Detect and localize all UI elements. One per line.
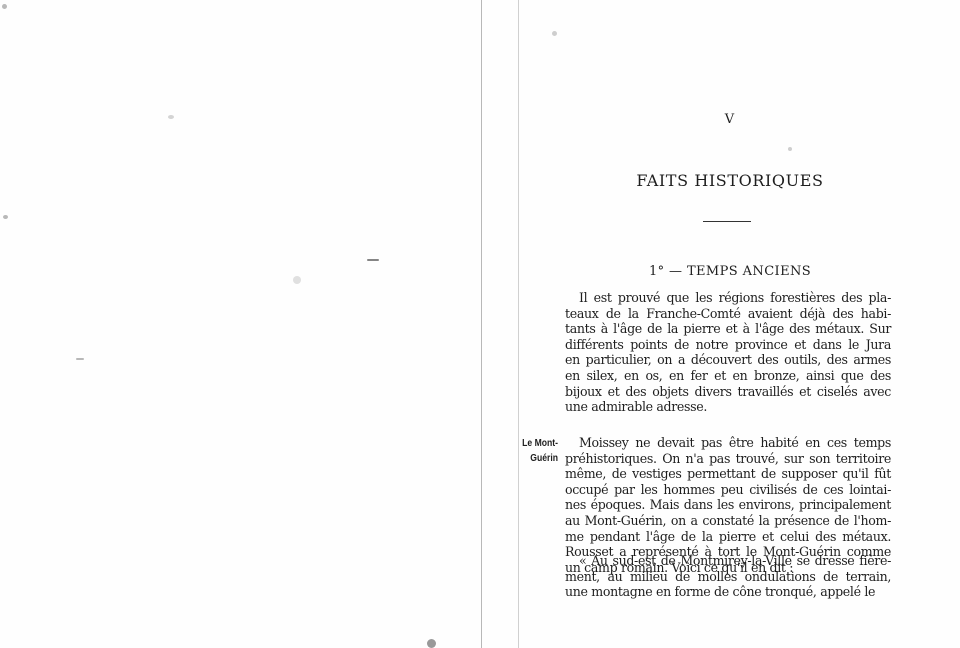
text-line: Moissey ne devait pas être habité en ces… xyxy=(565,435,891,451)
chapter-number: V xyxy=(560,112,900,127)
text-line: en particulier, on a découvert des outil… xyxy=(565,352,891,368)
text-line: différents points de notre province et d… xyxy=(565,337,891,353)
text-line: bijoux et des objets divers travaillés e… xyxy=(565,384,891,400)
paper-speck xyxy=(2,4,7,9)
paragraph: « Au sud-est de Montmirey-la-Ville se dr… xyxy=(565,553,891,600)
title-rule-divider xyxy=(703,221,751,222)
text-line: ment, au milieu de molles ondulations de… xyxy=(565,569,891,585)
margin-note-line: Guérin xyxy=(517,451,558,466)
text-line: occupé par les hommes peu civilisés de c… xyxy=(565,482,891,498)
margin-note-line: Le Mont- xyxy=(517,436,558,451)
left-page-blank xyxy=(0,0,481,648)
text-line: me pendant l'âge de la pierre et celui d… xyxy=(565,529,891,545)
text-line: Il est prouvé que les régions forestière… xyxy=(565,290,891,306)
paper-speck xyxy=(76,358,84,360)
text-line: « Au sud-est de Montmirey-la-Ville se dr… xyxy=(565,553,891,569)
text-line: une montagne en forme de cône tronqué, a… xyxy=(565,584,891,600)
text-line: préhistoriques. On n'a pas trouvé, sur s… xyxy=(565,451,891,467)
text-line: même, de vestiges permettant de supposer… xyxy=(565,466,891,482)
text-line: au Mont-Guérin, on a constaté la présenc… xyxy=(565,513,891,529)
text-line: tants à l'âge de la pierre et à l'âge de… xyxy=(565,321,891,337)
section-title: 1° — TEMPS ANCIENS xyxy=(560,264,900,279)
page-margin-line xyxy=(518,0,519,648)
text-line: une admirable adresse. xyxy=(565,399,891,415)
text-line: en silex, en os, en fer et en bronze, ai… xyxy=(565,368,891,384)
paper-speck xyxy=(788,147,792,151)
chapter-title: FAITS HISTORIQUES xyxy=(560,171,900,190)
paper-speck xyxy=(3,215,8,219)
paper-speck xyxy=(367,259,379,261)
paper-speck xyxy=(427,639,436,648)
paper-speck xyxy=(293,276,301,284)
paragraph: Il est prouvé que les régions forestière… xyxy=(565,290,891,415)
text-line: teaux de la Franche-Comté avaient déjà d… xyxy=(565,306,891,322)
margin-note: Le Mont- Guérin xyxy=(517,436,558,466)
text-line: nes époques. Mais dans les environs, pri… xyxy=(565,497,891,513)
paper-speck xyxy=(552,31,557,36)
page-gutter-line xyxy=(481,0,482,648)
paper-speck xyxy=(168,115,174,119)
